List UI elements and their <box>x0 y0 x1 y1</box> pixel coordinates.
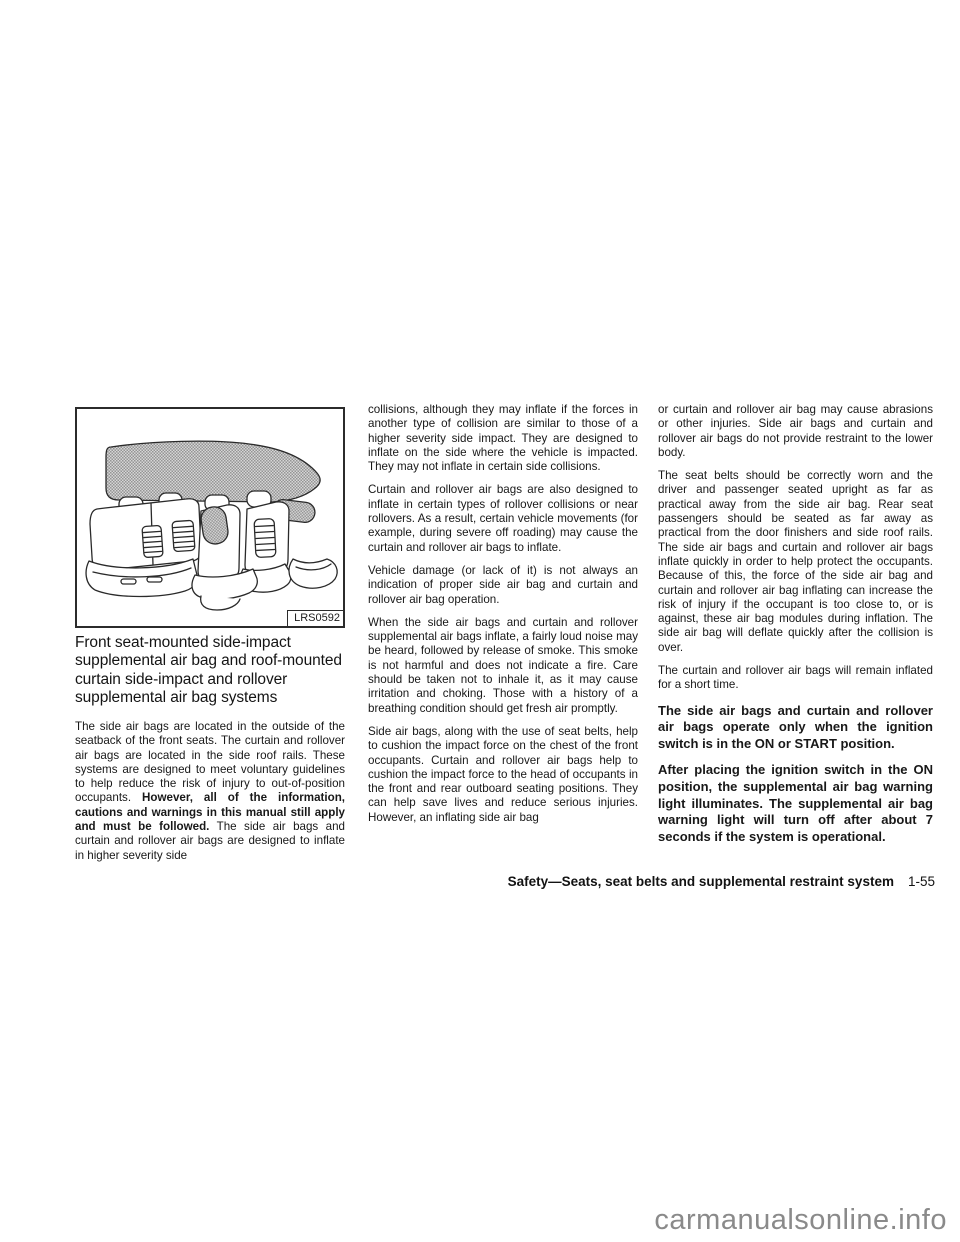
seat-airbag-illustration-icon <box>77 409 343 626</box>
section-heading: Front seat-mounted side-impact supplemen… <box>75 634 351 708</box>
paragraph: collisions, although they may inflate if… <box>368 403 638 474</box>
column-2: collisions, although they may inflate if… <box>368 403 638 825</box>
footer-page-number: 1-55 <box>908 874 935 889</box>
paragraph: The curtain and rollover air bags will r… <box>658 664 933 693</box>
curtain-airbag-shape <box>106 441 320 502</box>
warning-paragraph: After placing the ignition switch in the… <box>658 762 933 845</box>
warning-paragraph: The side air bags and curtain and rollov… <box>658 703 933 753</box>
paragraph: The side air bags are located in the out… <box>75 720 345 863</box>
rear-right-cushion-outline <box>289 559 337 588</box>
figure-label: LRS0592 <box>287 610 343 626</box>
watermark: carmanualsonline.info <box>654 1204 947 1237</box>
figure-box: LRS0592 <box>75 407 345 628</box>
footer-section-title: Safety—Seats, seat belts and supplementa… <box>508 874 894 889</box>
paragraph: Vehicle damage (or lack of it) is not al… <box>368 564 638 607</box>
paragraph: Curtain and rollover air bags are also d… <box>368 483 638 554</box>
page-footer: Safety—Seats, seat belts and supplementa… <box>508 874 935 889</box>
paragraph: When the side air bags and curtain and r… <box>368 616 638 716</box>
rear-bench-seat-outline <box>86 493 201 597</box>
paragraph: The seat belts should be correctly worn … <box>658 469 933 655</box>
paragraph: or curtain and rollover air bag may caus… <box>658 403 933 460</box>
column-1: The side air bags are located in the out… <box>75 720 345 863</box>
column-3: or curtain and rollover air bag may caus… <box>658 403 933 845</box>
manual-page: LRS0592 Front seat-mounted side-impact s… <box>0 0 960 1242</box>
paragraph: Side air bags, along with the use of sea… <box>368 725 638 825</box>
